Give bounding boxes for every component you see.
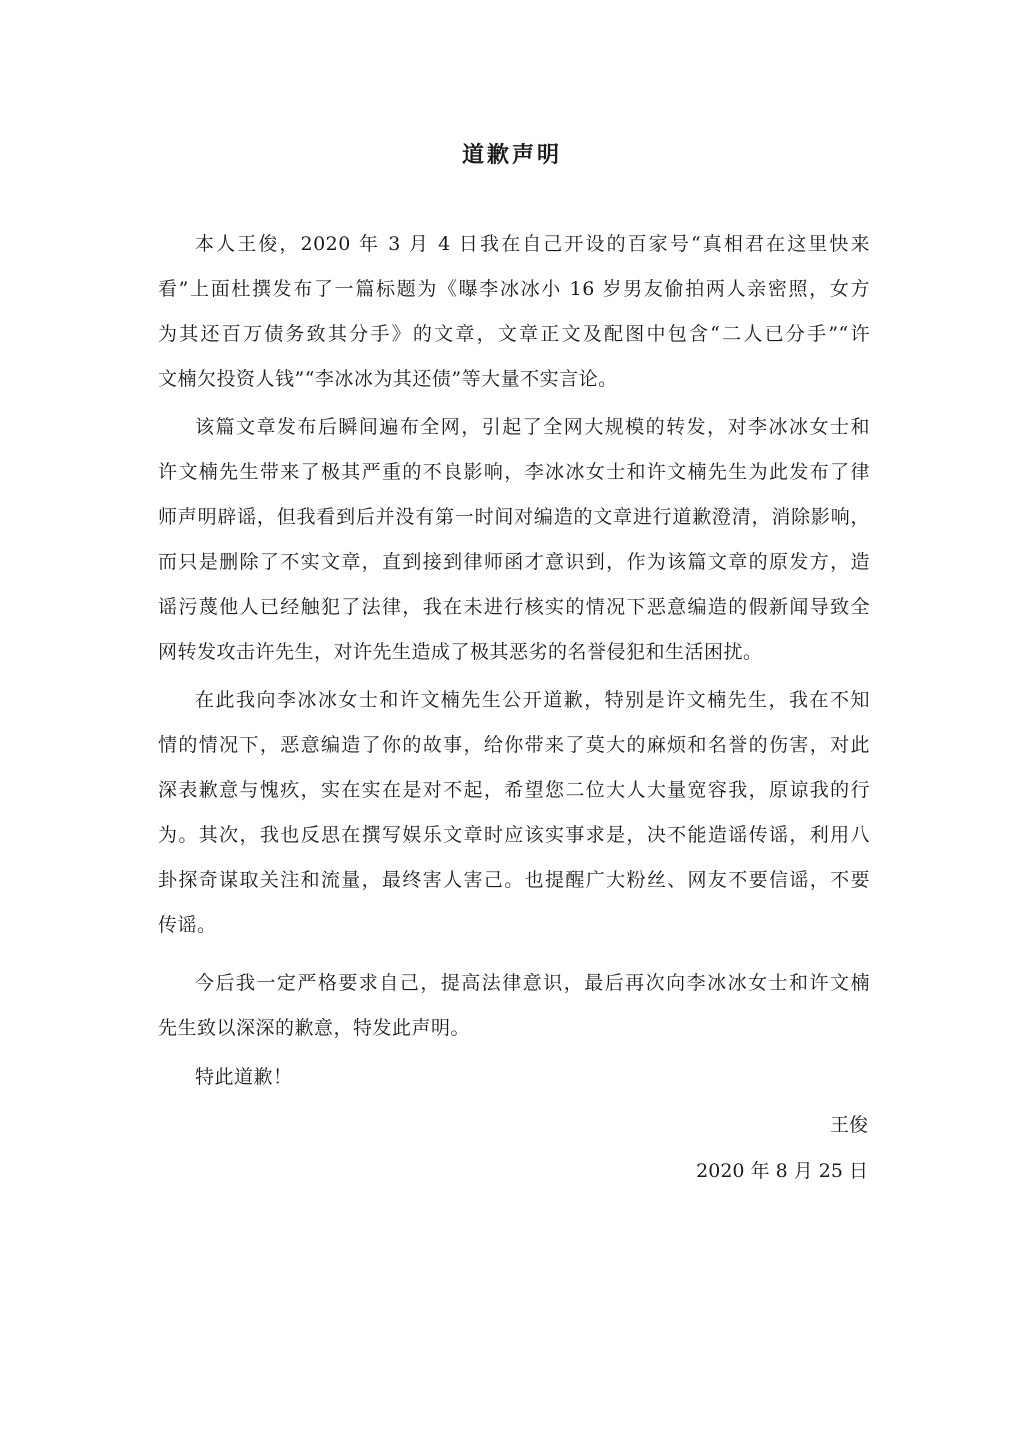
closing-line: 特此道歉！ (195, 1062, 293, 1089)
paragraph-2-line-4: 而只是删除了不实文章，直到接到律师函才意识到，作为该篇文章的原发方，造 (158, 547, 870, 574)
paragraph-1-line-3: 为其还百万债务致其分手》的文章，文章正文及配图中包含“二人已分手”“许 (158, 319, 870, 346)
paragraph-3-line-5: 卦探奇谋取关注和流量，最终害人害己。也提醒广大粉丝、网友不要信谣，不要 (158, 865, 870, 892)
signature: 王俊 (830, 1110, 868, 1137)
paragraph-2-line-5: 谣污蔑他人已经触犯了法律，我在未进行核实的情况下恶意编造的假新闻导致全 (158, 592, 870, 619)
paragraph-3-line-1: 在此我向李冰冰女士和许文楠先生公开道歉，特别是许文楠先生，我在不知 (195, 685, 870, 712)
paragraph-2-line-1: 该篇文章发布后瞬间遍布全网，引起了全网大规模的转发，对李冰冰女士和 (195, 412, 870, 439)
paragraph-1-line-2: 看”上面杜撰发布了一篇标题为《曝李冰冰小 16 岁男友偷拍两人亲密照，女方 (158, 274, 870, 301)
paragraph-2-line-2: 许文楠先生带来了极其严重的不良影响，李冰冰女士和许文楠先生为此发布了律 (158, 457, 870, 484)
paragraph-4-line-1: 今后我一定严格要求自己，提高法律意识，最后再次向李冰冰女士和许文楠 (195, 968, 870, 995)
date: 2020 年 8 月 25 日 (696, 1156, 868, 1183)
paragraph-3-line-3: 深表歉意与愧疚，实在实在是对不起，希望您二位大人大量宽容我，原谅我的行 (158, 775, 870, 802)
paragraph-3-line-4: 为。其次，我也反思在撰写娱乐文章时应该实事求是，决不能造谣传谣，利用八 (158, 820, 870, 847)
paragraph-4-line-2: 先生致以深深的歉意，特发此声明。 (158, 1013, 470, 1040)
paragraph-1-line-4: 文楠欠投资人钱”“李冰冰为其还债”等大量不实言论。 (158, 364, 618, 391)
paragraph-3-line-6: 传谣。 (158, 910, 217, 937)
paragraph-2-line-3: 师声明辟谣，但我看到后并没有第一时间对编造的文章进行道歉澄清，消除影响， (158, 502, 870, 529)
document-title: 道歉声明 (0, 138, 1024, 169)
paragraph-3-line-2: 情的情况下，恶意编造了你的故事，给你带来了莫大的麻烦和名誉的伤害，对此 (158, 730, 870, 757)
paragraph-2-line-6: 网转发攻击许先生，对许先生造成了极其恶劣的名誉侵犯和生活困扰。 (158, 637, 763, 664)
paragraph-1-line-1: 本人王俊，2020 年 3 月 4 日我在自己开设的百家号“真相君在这里快来 (195, 229, 870, 256)
